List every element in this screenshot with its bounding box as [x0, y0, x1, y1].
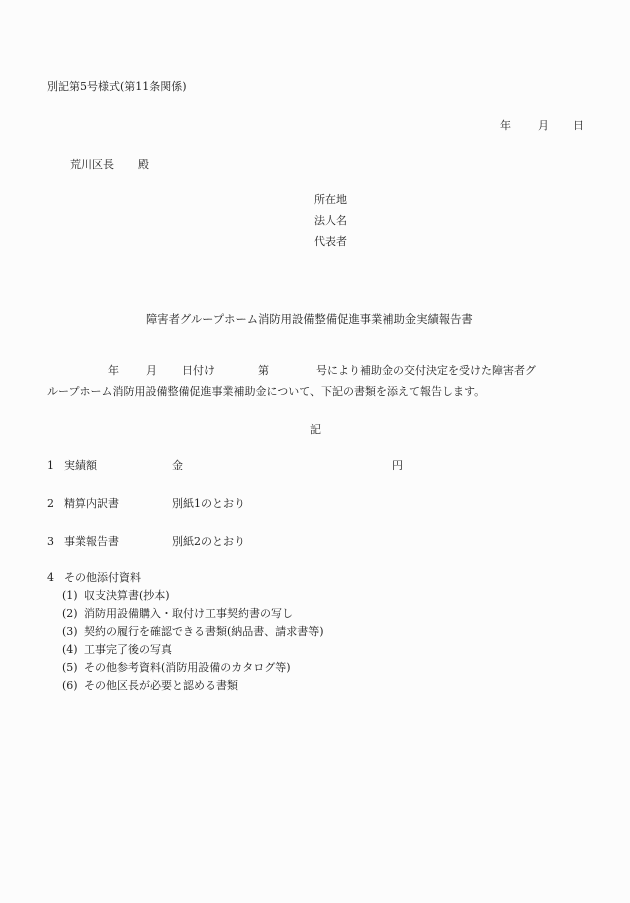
- attachment-number: (4): [62, 643, 84, 657]
- applicant-address-label: 所在地: [314, 193, 347, 214]
- date-day: 日: [573, 119, 584, 133]
- list-item: (6)その他区長が必要と認める書類: [62, 679, 324, 697]
- date-line: 年月日: [500, 119, 584, 133]
- para-day-dated: 日付け: [182, 364, 258, 378]
- attachment-number: (6): [62, 679, 84, 693]
- attachment-number: (5): [62, 661, 84, 675]
- item-number: 4: [47, 571, 64, 585]
- addressee-honorific: 殿: [138, 158, 149, 171]
- document-title: 障害者グループホーム消防用設備整備促進事業補助金実績報告書: [146, 313, 473, 327]
- list-item: (5)その他参考資料(消防用設備のカタログ等): [62, 661, 324, 679]
- item-number: 2: [47, 497, 64, 511]
- applicant-fields: 所在地 法人名 代表者: [314, 193, 347, 256]
- item-unit-yen: 円: [392, 459, 403, 473]
- attachment-text: 契約の履行を確認できる書類(納品書、請求書等): [84, 625, 324, 638]
- item-actual-amount: 1実績額金: [47, 459, 183, 473]
- applicant-representative-label: 代表者: [314, 235, 347, 256]
- item-settlement-breakdown: 2精算内訳書別紙1のとおり: [47, 497, 245, 511]
- attachment-text: その他参考資料(消防用設備のカタログ等): [84, 661, 291, 674]
- para-month: 月: [146, 364, 182, 378]
- list-item: (3)契約の履行を確認できる書類(納品書、請求書等): [62, 625, 324, 643]
- attachment-number: (1): [62, 589, 84, 603]
- list-item: (4)工事完了後の写真: [62, 643, 324, 661]
- attachment-text: 消防用設備購入・取付け工事契約書の写し: [84, 607, 293, 620]
- para-line1-rest: 号により補助金の交付決定を受けた障害者グ: [316, 364, 536, 377]
- list-item: (2)消防用設備購入・取付け工事契約書の写し: [62, 607, 324, 625]
- item-label: 実績額: [64, 459, 172, 473]
- applicant-corporation-label: 法人名: [314, 214, 347, 235]
- attachment-text: 工事完了後の写真: [84, 643, 172, 656]
- attachment-list: (1)収支決算書(抄本) (2)消防用設備購入・取付け工事契約書の写し (3)契…: [62, 589, 324, 697]
- date-year: 年: [500, 119, 538, 133]
- item-number: 3: [47, 535, 64, 549]
- item-label: その他添付資料: [64, 571, 141, 584]
- item-value: 別紙2のとおり: [172, 535, 245, 549]
- item-label: 精算内訳書: [64, 497, 172, 511]
- date-month: 月: [538, 119, 573, 133]
- para-number-prefix: 第: [258, 364, 316, 378]
- item-value: 金: [172, 459, 183, 473]
- para-year: 年: [108, 364, 146, 378]
- item-value: 別紙1のとおり: [172, 497, 245, 511]
- ki-heading: 記: [310, 423, 321, 437]
- paragraph-line-1: 年月日付け第号により補助金の交付決定を受けた障害者グ: [47, 364, 536, 378]
- item-number: 1: [47, 459, 64, 473]
- list-item: (1)収支決算書(抄本): [62, 589, 324, 607]
- addressee: 荒川区長殿: [70, 158, 149, 172]
- item-business-report: 3事業報告書別紙2のとおり: [47, 535, 245, 549]
- attachment-text: 収支決算書(抄本): [84, 589, 170, 602]
- attachment-text: その他区長が必要と認める書類: [84, 679, 238, 692]
- form-label: 別記第5号様式(第11条関係): [47, 80, 187, 94]
- attachment-number: (2): [62, 607, 84, 621]
- item-other-attachments: 4その他添付資料: [47, 571, 141, 585]
- paragraph-line-2: ループホーム消防用設備整備促進事業補助金について、下記の書類を添えて報告します。: [47, 385, 485, 399]
- attachment-number: (3): [62, 625, 84, 639]
- item-label: 事業報告書: [64, 535, 172, 549]
- addressee-name: 荒川区長: [70, 158, 114, 171]
